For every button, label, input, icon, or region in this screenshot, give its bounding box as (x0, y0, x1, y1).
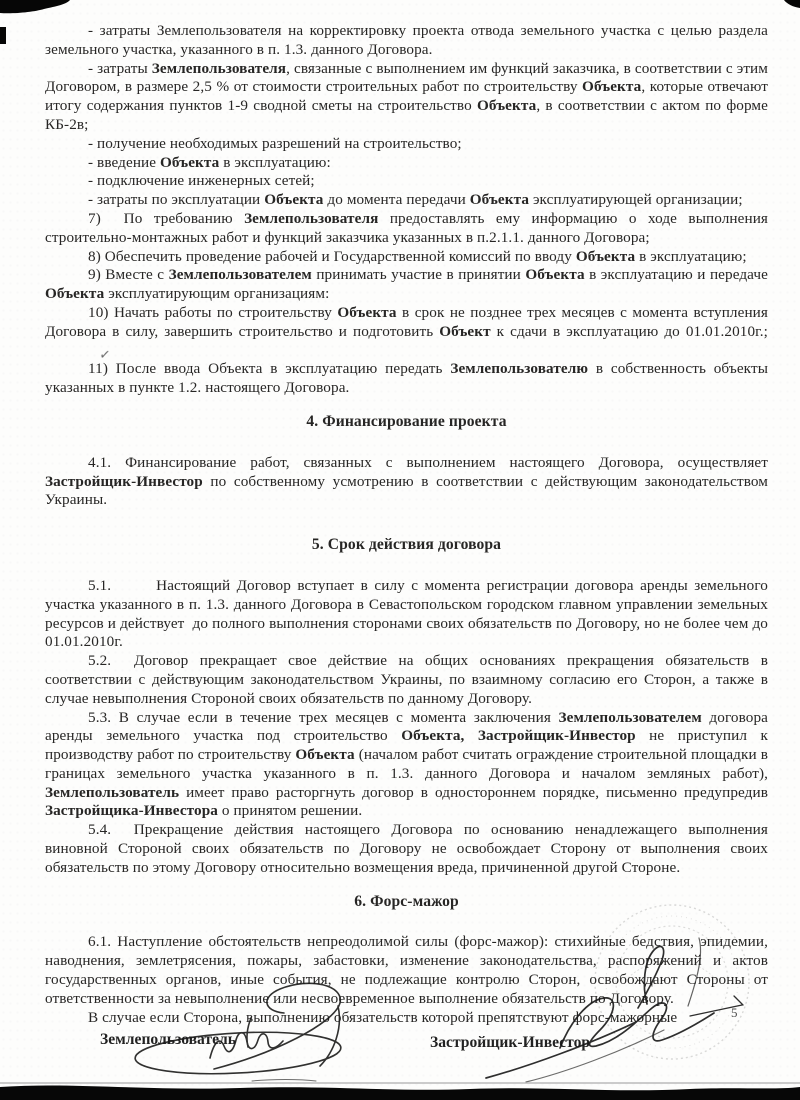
paragraph: 6.1. Наступление обстоятельств непреодол… (45, 933, 768, 1008)
paragraph: 5.3. В случае если в течение трех месяце… (45, 709, 768, 822)
paragraph: 9) Вместе с Землепользователем принимать… (45, 266, 768, 304)
paragraph: - получение необходимых разрешений на ст… (45, 135, 768, 154)
paragraph: - затраты по эксплуатации Объекта до мом… (45, 191, 768, 210)
left-party-label: Землепользователь (100, 1031, 236, 1049)
paragraph: - затраты Землепользователя, связанные с… (45, 60, 768, 135)
paragraph: 4.1. Финансирование работ, связанных с в… (45, 454, 768, 510)
paragraph: 11) После ввода Объекта в эксплуатацию п… (45, 360, 768, 398)
paragraph: 5.1. Настоящий Договор вступает в силу с… (45, 577, 768, 652)
document-body: - затраты Землепользователя на корректир… (45, 22, 768, 1027)
paragraph: В случае если Сторона, выполнению обязат… (45, 1009, 768, 1028)
bottom-scan-bar (0, 1083, 800, 1100)
section-heading: 5. Срок действия договора (45, 536, 768, 555)
paragraph: 8) Обеспечить проведение рабочей и Госуд… (45, 248, 768, 267)
paragraph: 7) По требованию Землепользователя предо… (45, 210, 768, 248)
scanned-contract-page: - затраты Землепользователя на корректир… (0, 0, 800, 1100)
paragraph: - введение Объекта в эксплуатацию: (45, 154, 768, 173)
paragraph: 10) Начать работы по строительству Объек… (45, 304, 768, 360)
section-heading: 6. Форс-мажор (45, 893, 768, 912)
paragraph: 5.4. Прекращение действия настоящего Дог… (45, 821, 768, 877)
paragraph: - подключение инженерных сетей; (45, 172, 768, 191)
page-number: 5 (731, 1005, 738, 1021)
section-heading: 4. Финансирование проекта (45, 413, 768, 432)
top-right-scan-artifact (784, 0, 800, 8)
paragraph: - затраты Землепользователя на корректир… (45, 22, 768, 60)
paragraph: 5.2. Договор прекращает свое действие на… (45, 652, 768, 708)
right-party-label: Застройщик-Инвестор (430, 1034, 590, 1052)
